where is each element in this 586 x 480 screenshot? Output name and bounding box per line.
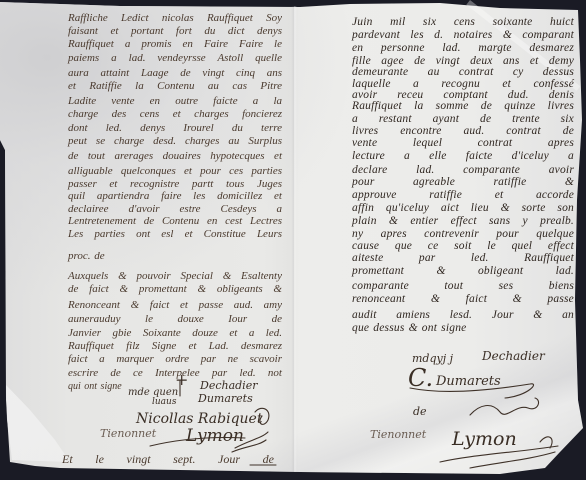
signature-prefix-de: de [413, 405, 427, 418]
signature-dumarets: Dumarets [198, 392, 253, 405]
signature-initial-c: C. [408, 364, 433, 392]
text-line: aiteste par led. Rauffiquet [352, 252, 574, 265]
text-line: Janvier gbie Soixante douze et a led. [68, 327, 282, 340]
text-line: lecture a elle faicte d'iceluy a [352, 150, 574, 163]
text-line: affin qu'iceluy aict lieu & sorte son [352, 202, 574, 215]
text-line: et Ratiffie la Contenu au cas Pitre [68, 80, 282, 93]
text-line: pardevant les d. notaires & comparant [352, 29, 574, 42]
text-line: pour agreable ratiffie & [352, 176, 574, 189]
text-line: proc. de [68, 250, 282, 263]
text-line: Rauffiquet a promis en Faire Faire le [68, 38, 282, 51]
signature-dechadier: Dechadier [482, 349, 545, 363]
text-line: Rauffiquet la somme de quinze livres [352, 100, 574, 113]
text-line: Ladite vente en outre faicte a la [68, 95, 282, 108]
text-line: paiems a lad. vendeyrsse Astoll quelle [68, 52, 282, 65]
text-line: Les parties ont esl et Constitue Leurs [68, 228, 282, 241]
text-line: audit amiens lesd. Jour & an [352, 309, 574, 322]
text-line: Auxquels & pouvoir Special & Esaltenty [68, 270, 282, 283]
text-line: Juin mil six cens soixante huict [352, 16, 574, 29]
signature-tienonnet: Tienonnet [100, 427, 156, 440]
footer-line: Et le vingt sept. Jour de [62, 453, 274, 466]
signature-nicollas-rabiquet: Nicollas Rabiquet [136, 411, 262, 427]
text-line: comparante tout ses biens [352, 280, 574, 293]
text-line: faisant et portant fort du dict denys [68, 25, 282, 38]
text-line: Raffliche Ledict nicolas Rauffiquet Soy [68, 12, 282, 25]
text-line: Rauffiquet filz Signe et Lad. desmarez [68, 340, 282, 353]
text-line: qui ont signe [68, 380, 128, 393]
text-line: alliguable quelconques et pour ces parti… [68, 165, 282, 178]
text-line: renonceant & faict & passe [352, 293, 574, 306]
text-line: promettant & obligeant lad. [352, 265, 574, 278]
text-line: peut se charge desd. charges au Surplus [68, 135, 282, 148]
signature-tienonnet: Tienonnet [370, 428, 426, 441]
signature-lymon: Lymon [452, 428, 517, 450]
text-line: en personne lad. margte desmarez [352, 42, 574, 55]
text-line: aura attaint Laage de vingt cinq ans [68, 67, 282, 80]
text-line: plain & entier effect sans y prealb. [352, 215, 574, 228]
center-fold [291, 6, 297, 472]
text-line: faict a marquer ordre par ne scavoir [68, 353, 282, 366]
text-line: approuve ratiffie et accorde [352, 189, 574, 202]
text-line: de faict & promettant & obligeants & [68, 283, 282, 296]
signature-dumarets: Dumarets [436, 374, 501, 389]
text-line: quil apartiendra faire les domicillez et [68, 190, 282, 203]
text-line: Renonceant & faict et passe aud. amy [68, 299, 282, 312]
signature-lymon: Lymon [186, 426, 244, 446]
text-line: de tout arerages douaires hypotecques et [68, 150, 282, 163]
text-line: que dessus & ont signe [352, 322, 532, 335]
text-line: aunerauduy le douxe Iour de [68, 313, 282, 326]
text-line: vente lequel contrat apres [352, 137, 574, 150]
signature-dechadier: Dechadier [200, 379, 257, 392]
text-line: Lentretenement de Contenu en cest Lectre… [68, 215, 282, 228]
text-line: dont led. denys Irourel du terre [68, 122, 282, 135]
signature-luaus: luaus [152, 397, 176, 407]
text-line: charge des cens et charges foncierez [68, 108, 282, 121]
